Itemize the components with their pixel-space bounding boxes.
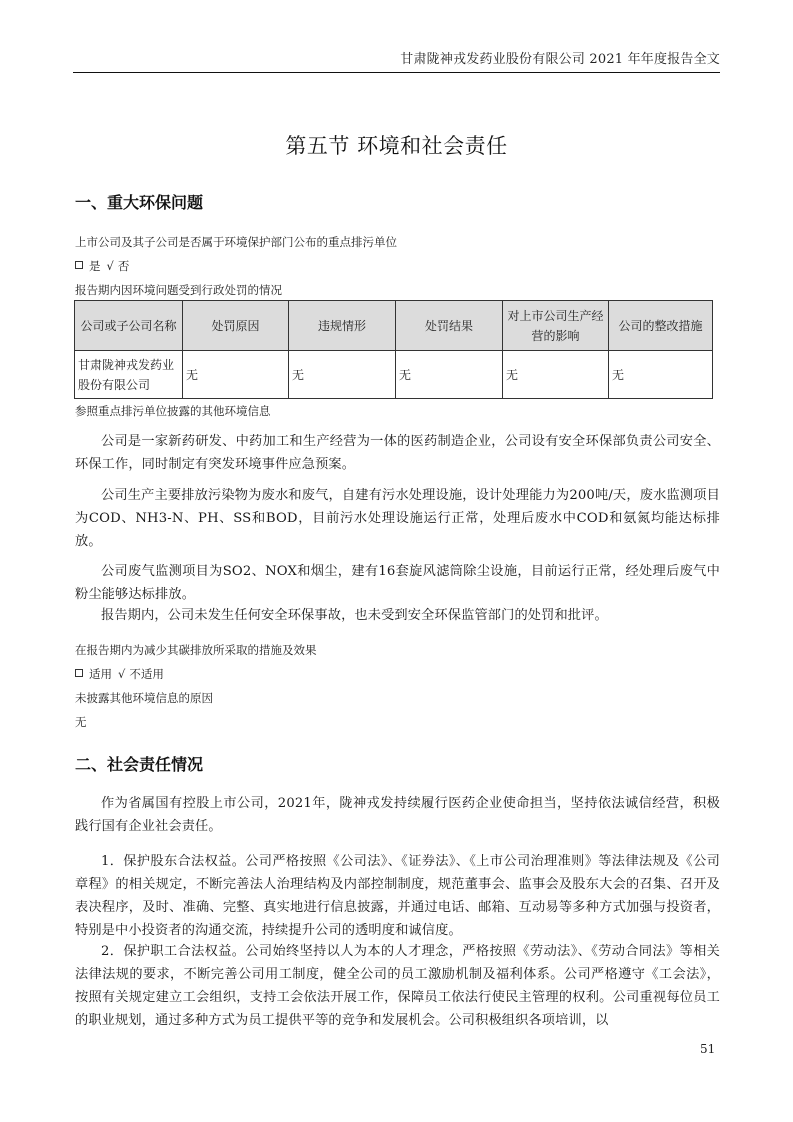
social-paragraph-2: 1．保护股东合法权益。公司严格按照《公司法》、《证券法》、《上市公司治理准则》等… — [75, 850, 720, 942]
col-violation: 违规情形 — [289, 301, 396, 351]
option-applicable-label: 适用 — [89, 667, 112, 681]
env-paragraph-1: 公司是一家新药研发、中药加工和生产经营为一体的医药制造企业，公司设有安全环保部负… — [75, 430, 720, 476]
cell-penalty-reason: 无 — [183, 351, 289, 399]
env-paragraph-3: 公司废气监测项目为SO2、NOX和烟尘，建有16套旋风滤筒除尘设施，目前运行正常… — [75, 560, 720, 606]
table-row: 甘肃陇神戎发药业股份有限公司 无 无 无 无 无 — [75, 351, 713, 399]
cell-company-name: 甘肃陇神戎发药业股份有限公司 — [75, 351, 183, 399]
option-not-applicable-label: 不适用 — [129, 667, 164, 681]
reference-label: 参照重点排污单位披露的其他环境信息 — [75, 403, 271, 419]
heading-social-responsibility: 二、社会责任情况 — [75, 752, 203, 775]
col-impact: 对上市公司生产经营的影响 — [503, 301, 609, 351]
question-carbon: 在报告期内为减少其碳排放所采取的措施及效果 — [75, 642, 317, 658]
question-undisclosed-reason: 未披露其他环境信息的原因 — [75, 690, 213, 706]
col-company-name: 公司或子公司名称 — [75, 301, 183, 351]
running-header: 甘肃陇神戎发药业股份有限公司 2021 年年度报告全文 — [73, 48, 720, 67]
table-header-row: 公司或子公司名称 处罚原因 违规情形 处罚结果 对上市公司生产经营的影响 公司的… — [75, 301, 713, 351]
question-key-polluter: 上市公司及其子公司是否属于环境保护部门公布的重点排污单位 — [75, 234, 397, 250]
undisclosed-reason-value: 无 — [75, 714, 87, 730]
col-rectification: 公司的整改措施 — [609, 301, 713, 351]
checkbox-icon — [75, 261, 83, 269]
social-paragraph-3: 2．保护职工合法权益。公司始终坚持以人为本的人才理念，严格按照《劳动法》、《劳动… — [75, 940, 720, 1032]
section-title: 第五节 环境和社会责任 — [0, 130, 793, 160]
social-paragraph-1: 作为省属国有控股上市公司，2021年，陇神戎发持续履行医药企业使命担当，坚持依法… — [75, 792, 720, 838]
heading-environmental-issues: 一、重大环保问题 — [75, 190, 203, 213]
env-paragraph-2: 公司生产主要排放污染物为废水和废气，自建有污水处理设施，设计处理能力为200吨/… — [75, 484, 720, 553]
header-rule — [73, 72, 720, 73]
checkbox-icon — [75, 669, 83, 677]
cell-impact: 无 — [503, 351, 609, 399]
col-penalty-reason: 处罚原因 — [183, 301, 289, 351]
option-no-label: 否 — [118, 259, 130, 273]
cell-penalty-result: 无 — [396, 351, 503, 399]
option-yes-label: 是 — [89, 259, 101, 273]
check-mark-icon: √ — [118, 667, 125, 681]
carbon-options: 适用√不适用 — [75, 666, 164, 682]
col-penalty-result: 处罚结果 — [396, 301, 503, 351]
cell-rectification: 无 — [609, 351, 713, 399]
question-penalty: 报告期内因环境问题受到行政处罚的情况 — [75, 282, 282, 298]
check-mark-icon: √ — [107, 259, 114, 273]
cell-violation: 无 — [289, 351, 396, 399]
penalty-table: 公司或子公司名称 处罚原因 违规情形 处罚结果 对上市公司生产经营的影响 公司的… — [74, 300, 713, 399]
env-paragraph-4: 报告期内，公司未发生任何安全环保事故，也未受到安全环保监管部门的处罚和批评。 — [75, 604, 720, 627]
key-polluter-options: 是√否 — [75, 258, 129, 274]
page-number: 51 — [700, 1042, 715, 1056]
